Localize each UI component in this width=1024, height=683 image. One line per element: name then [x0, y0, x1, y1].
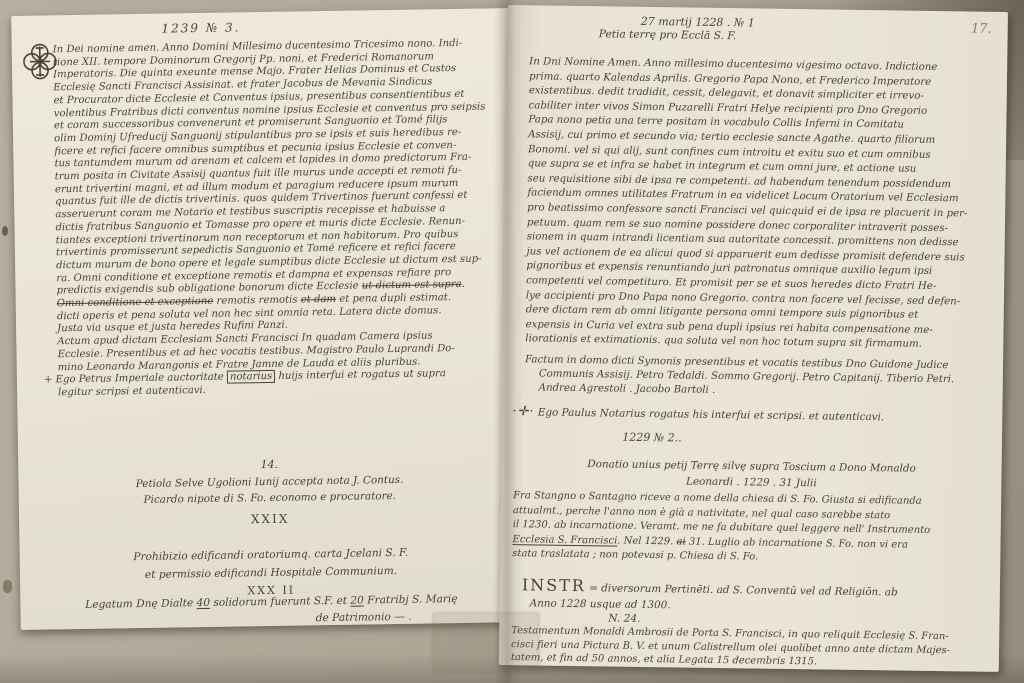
- testament-note-text: Testamentum Monaldi Ambrosii de Porta S.…: [511, 624, 994, 672]
- factum-witnesses-text: Factum in domo dicti Symonis presentibus…: [525, 353, 996, 401]
- scanner-bed: 1239 № 3. In Dei nomine amen. Anno Domin…: [0, 0, 1024, 683]
- left-page-body-text: In Dei nomine amen. Anno Domini Millesim…: [53, 37, 512, 400]
- legatum-line-continuation: de Patrimonio — .: [316, 611, 412, 625]
- section-label-xxix: XXIX: [19, 508, 521, 530]
- scan-artifact: [3, 580, 12, 593]
- notary-subscription-text: Ego Paulus Notarius rogatus his interfui…: [538, 406, 885, 423]
- manuscript-page-left: 1239 № 3. In Dei nomine amen. Anno Domin…: [11, 8, 523, 630]
- manuscript-page-right: 17. 27 martij 1228 . № 1 Petia terrę pro…: [499, 5, 1008, 672]
- instr-line: INSTR = diversorum Pertinēti. ad S. Conv…: [522, 575, 898, 599]
- heading-1229-no2: 1229 № 2..: [502, 429, 802, 446]
- instr-label: INSTR: [522, 575, 586, 595]
- scan-artifact: [2, 226, 8, 236]
- folio-number: 17.: [971, 21, 992, 36]
- notary-cross-icon: ·✛·: [512, 404, 534, 419]
- instr-rest: = diversorum Pertinēti. ad S. Conventū v…: [589, 582, 898, 598]
- right-page-body-text: In Dni Nomine Amen. Anno millesimo ducen…: [525, 55, 999, 353]
- instr-line-2: Anno 1228 usque ad 1300.: [530, 597, 671, 611]
- donation-heading: Donatio unius petij Terrę silvę supra To…: [501, 455, 1001, 494]
- left-page-heading: 1239 № 3.: [161, 20, 240, 35]
- section-xxix-note: Prohibizio edificandi oratoriumq. carta …: [20, 542, 523, 586]
- section-14-note: Petiola Selve Ugolioni Iunij accepta not…: [18, 470, 520, 510]
- italian-annotation-text: Fra Stangno o Santagno riceve a nome del…: [512, 489, 995, 569]
- embossed-watermark: [432, 612, 540, 674]
- notary-subscription-line: ·✛· Ego Paulus Notarius rogatus his inte…: [512, 404, 884, 424]
